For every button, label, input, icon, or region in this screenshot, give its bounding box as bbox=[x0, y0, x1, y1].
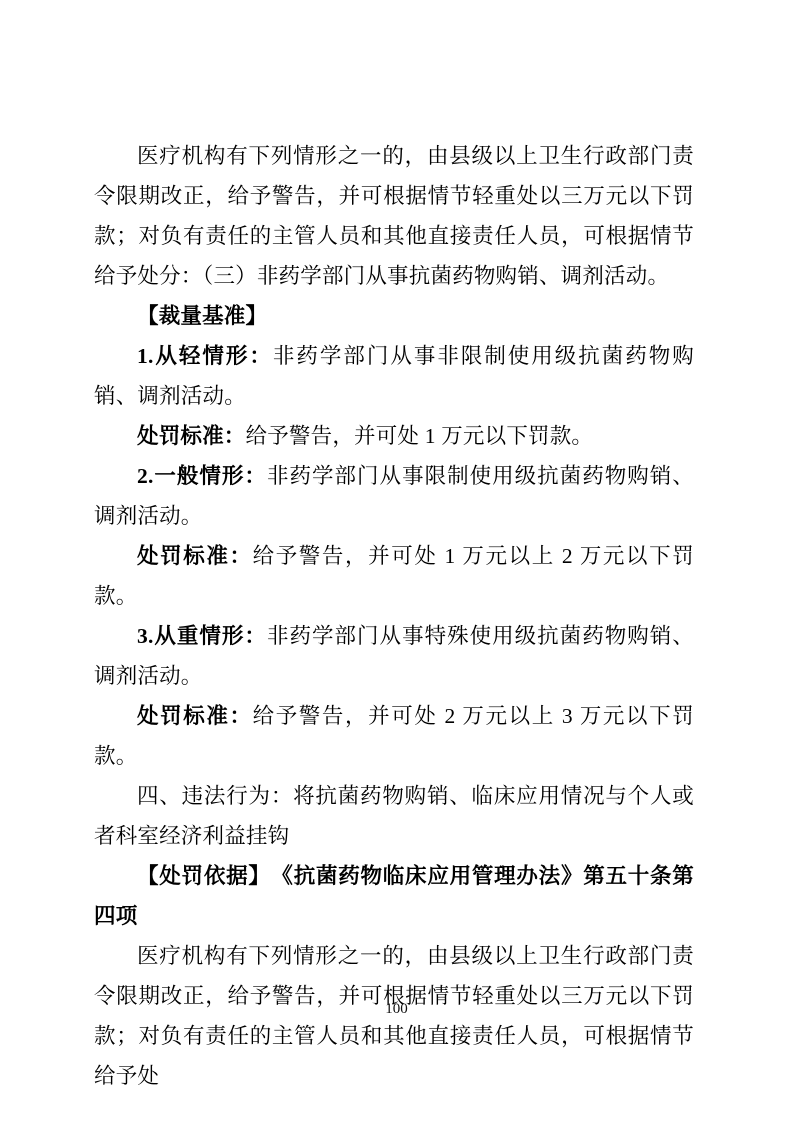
text-run: 医疗机构有下列情形之一的，由县级以上卫生行政部门责令限期改正，给予警告，并可根据… bbox=[94, 144, 694, 288]
paragraph: 1.从轻情形：非药学部门从事非限制使用级抗菌药物购销、调剂活动。 bbox=[94, 336, 694, 416]
paragraph: 处罚标准：给予警告，并可处 2 万元以上 3 万元以下罚款。 bbox=[94, 696, 694, 776]
text-run: 2.一般情形： bbox=[137, 464, 267, 488]
paragraph: 医疗机构有下列情形之一的，由县级以上卫生行政部门责令限期改正，给予警告，并可根据… bbox=[94, 136, 694, 296]
paragraph: 2.一般情形：非药学部门从事限制使用级抗菌药物购销、调剂活动。 bbox=[94, 456, 694, 536]
text-run: 3.从重情形： bbox=[137, 624, 267, 648]
text-run: 处罚标准： bbox=[137, 424, 246, 448]
document-body: 医疗机构有下列情形之一的，由县级以上卫生行政部门责令限期改正，给予警告，并可根据… bbox=[94, 136, 694, 1096]
paragraph: 四、违法行为：将抗菌药物购销、临床应用情况与个人或者科室经济利益挂钩 bbox=[94, 776, 694, 856]
text-run: 1.从轻情形： bbox=[137, 344, 273, 368]
paragraph: 3.从重情形：非药学部门从事特殊使用级抗菌药物购销、调剂活动。 bbox=[94, 616, 694, 696]
text-run: 处罚标准： bbox=[137, 704, 253, 728]
text-run: 给予警告，并可处 1 万元以下罚款。 bbox=[246, 424, 594, 448]
text-run: 【处罚依据】 bbox=[137, 864, 260, 888]
text-run: 四、违法行为：将抗菌药物购销、临床应用情况与个人或者科室经济利益挂钩 bbox=[94, 784, 694, 848]
paragraph: 处罚标准：给予警告，并可处 1 万元以下罚款。 bbox=[94, 416, 694, 456]
paragraph: 处罚标准：给予警告，并可处 1 万元以上 2 万元以下罚款。 bbox=[94, 536, 694, 616]
paragraph: 【裁量基准】 bbox=[94, 296, 694, 336]
text-run bbox=[260, 864, 282, 888]
document-page: 医疗机构有下列情形之一的，由县级以上卫生行政部门责令限期改正，给予警告，并可根据… bbox=[0, 0, 793, 1122]
text-run: 【裁量基准】 bbox=[137, 304, 267, 328]
page-number: 100 bbox=[0, 999, 793, 1019]
text-run: 处罚标准： bbox=[137, 544, 253, 568]
paragraph: 【处罚依据】 《抗菌药物临床应用管理办法》第五十条第四项 bbox=[94, 856, 694, 936]
